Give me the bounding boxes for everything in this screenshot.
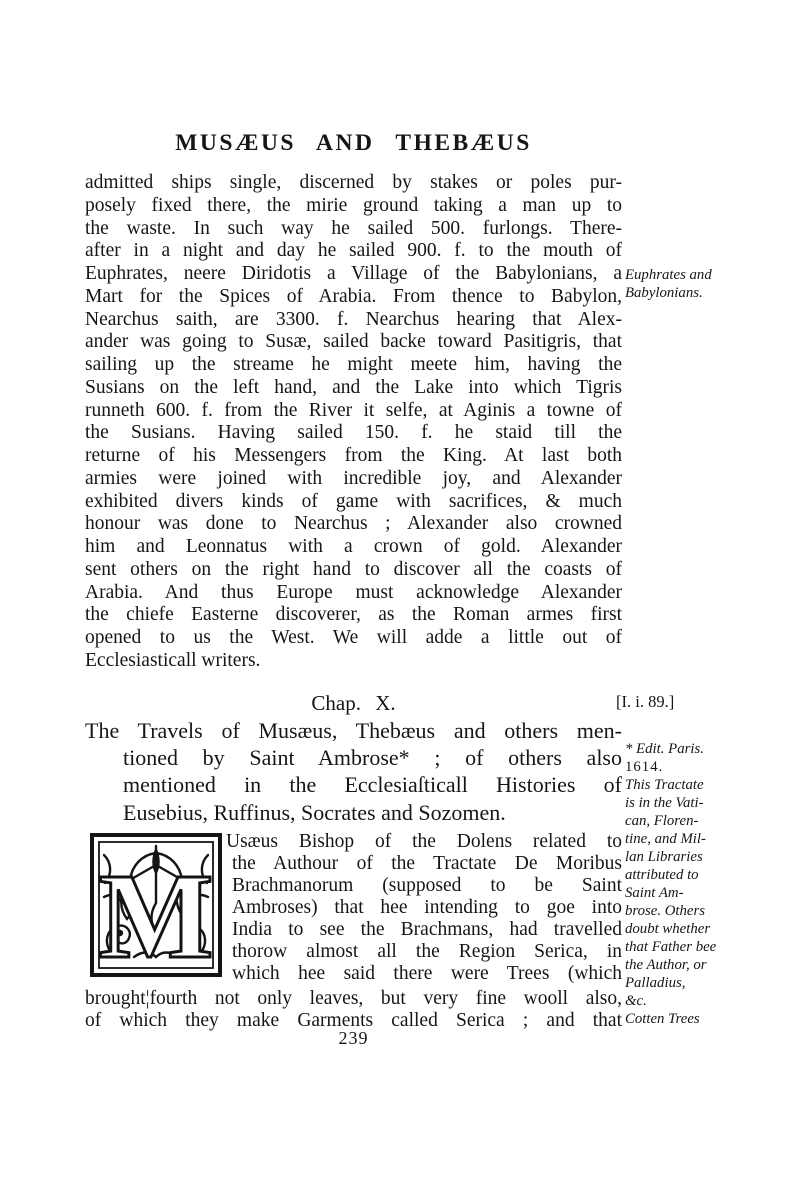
woodcut-initial-m-icon: M bbox=[90, 833, 222, 977]
text-line: the Authour of the Tractate De Moribus bbox=[226, 853, 622, 875]
text-line: ander was going to Susæ, sailed backe to… bbox=[85, 331, 622, 354]
margin-note-line: Babylonians. bbox=[625, 284, 797, 302]
folio-reference: [I. i. 89.] bbox=[616, 692, 674, 712]
margin-note-line: Palladius, bbox=[625, 974, 797, 992]
margin-note-line: attributed to bbox=[625, 866, 797, 884]
drop-cap-letter: M bbox=[98, 849, 213, 977]
margin-note-cotten-trees: Cotten Trees bbox=[625, 1010, 797, 1028]
text-line: Euphrates, neere Diridotis a Village of … bbox=[85, 263, 622, 286]
text-line: Brachmanorum (supposed to be Saint bbox=[226, 875, 622, 897]
margin-note-line: Euphrates and bbox=[625, 266, 797, 284]
margin-note-line: 1614. bbox=[625, 758, 797, 776]
chapter-argument: The Travels of Musæus, Thebæus and other… bbox=[85, 717, 622, 826]
margin-note-line: doubt whether bbox=[625, 920, 797, 938]
margin-note-euphrates: Euphrates and Babylonians. bbox=[625, 266, 797, 302]
paragraph-nearchus: admitted ships single, discerned by stak… bbox=[85, 172, 622, 673]
text-line: Susians on the left hand, and the Lake i… bbox=[85, 377, 622, 400]
argument-line: tioned by Saint Ambrose* ; of others als… bbox=[85, 744, 622, 771]
margin-note-line: the Author, or bbox=[625, 956, 797, 974]
paragraph-musaeus-indented: Usæus Bishop of the Dolens related to th… bbox=[226, 831, 622, 985]
book-page: MUSÆUS AND THEBÆUS admitted ships single… bbox=[0, 0, 801, 1201]
text-line: admitted ships single, discerned by stak… bbox=[85, 172, 622, 195]
text-line: sent others on the right hand to discove… bbox=[85, 559, 622, 582]
margin-note-ambrose: * Edit. Paris. 1614. This Tractate is in… bbox=[625, 740, 797, 1028]
text-line: opened to us the West. We will adde a li… bbox=[85, 627, 622, 650]
text-line: the Susians. Having sailed 150. f. he st… bbox=[85, 422, 622, 445]
argument-line: The Travels of Musæus, Thebæus and other… bbox=[85, 717, 622, 744]
page-number: 239 bbox=[85, 1028, 622, 1049]
text-line: armies were joined with incredible joy, … bbox=[85, 468, 622, 491]
margin-note-line: * Edit. Paris. bbox=[625, 740, 797, 758]
text-line: Nearchus saith, are 3300. f. Nearchus he… bbox=[85, 309, 622, 332]
text-line: honour was done to Nearchus ; Alexander … bbox=[85, 513, 622, 536]
text-line: Mart for the Spices of Arabia. From then… bbox=[85, 286, 622, 309]
margin-note-line: that Father bee bbox=[625, 938, 797, 956]
margin-note-line: tine, and Mil- bbox=[625, 830, 797, 848]
text-line: after in a night and day he sailed 900. … bbox=[85, 240, 622, 263]
text-line: Usæus Bishop of the Dolens related to bbox=[226, 831, 622, 853]
text-line: sailing up the streame he might meete hi… bbox=[85, 354, 622, 377]
margin-note-line: lan Libraries bbox=[625, 848, 797, 866]
margin-note-line: Saint Am- bbox=[625, 884, 797, 902]
text-line: him and Leonnatus with a crown of gold. … bbox=[85, 536, 622, 559]
running-head: MUSÆUS AND THEBÆUS bbox=[85, 130, 622, 157]
text-line: Ambroses) that hee intending to goe into bbox=[226, 897, 622, 919]
text-line: thorow almost all the Region Serica, in bbox=[226, 941, 622, 963]
text-line: exhibited divers kinds of game with sacr… bbox=[85, 491, 622, 514]
margin-note-line: &c. bbox=[625, 992, 797, 1010]
text-line: brought¦fourth not only leaves, but very… bbox=[85, 988, 622, 1010]
margin-note-line: is in the Vati- bbox=[625, 794, 797, 812]
text-line: India to see the Brachmans, had travelle… bbox=[226, 919, 622, 941]
margin-note-line: brose. Others bbox=[625, 902, 797, 920]
text-line: the chiefe Easterne discoverer, as the R… bbox=[85, 604, 622, 627]
text-line: posely fixed there, the mirie ground tak… bbox=[85, 195, 622, 218]
margin-note-line: can, Floren- bbox=[625, 812, 797, 830]
text-line: Ecclesiasticall writers. bbox=[85, 650, 622, 673]
chapter-heading: Chap. X. bbox=[85, 691, 622, 716]
paragraph-musaeus-full: brought¦fourth not only leaves, but very… bbox=[85, 988, 622, 1032]
text-line: runneth 600. f. from the River it selfe,… bbox=[85, 400, 622, 423]
text-line: returne of his Messengers from the King.… bbox=[85, 445, 622, 468]
argument-line: mentioned in the Ecclesiaſticall Histori… bbox=[85, 771, 622, 798]
text-line: Arabia. And thus Europe must acknowledge… bbox=[85, 582, 622, 605]
drop-cap-initial: M bbox=[90, 833, 222, 977]
argument-line: Eusebius, Ruffinus, Socrates and Sozomen… bbox=[85, 799, 622, 826]
text-line: the waste. In such way he sailed 500. fu… bbox=[85, 218, 622, 241]
margin-note-line: This Tractate bbox=[625, 776, 797, 794]
text-line: which hee said there were Trees (which bbox=[226, 963, 622, 985]
